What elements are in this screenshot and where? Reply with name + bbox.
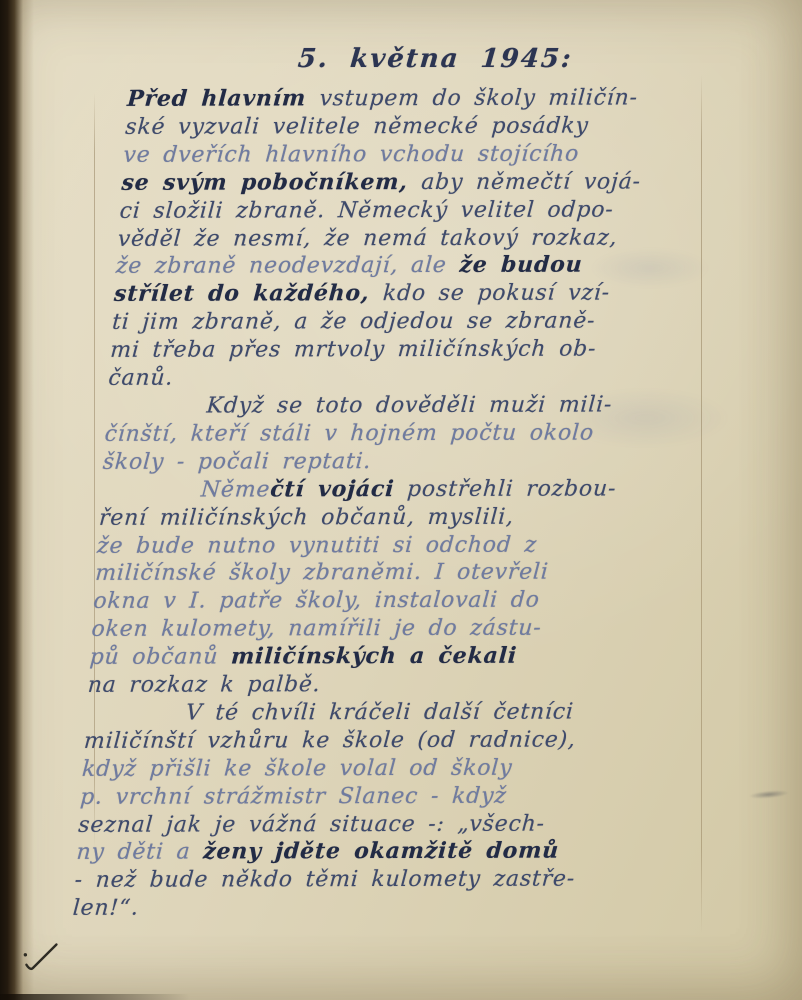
text-segment: věděl že nesmí, že nemá takový rozkaz, bbox=[117, 225, 618, 251]
text-segment: čtí vojáci bbox=[269, 476, 395, 502]
text-line: V té chvíli kráčeli další četníci bbox=[85, 698, 712, 728]
text-segment: okna v I. patře školy, instalovali do bbox=[93, 588, 541, 614]
text-line: miličínské školy zbraněmi. I otevřeli bbox=[94, 559, 721, 589]
text-line: len!“. bbox=[72, 893, 699, 923]
text-line: seznal jak je vážná situace -: „všech- bbox=[77, 810, 704, 840]
check-mark-icon bbox=[20, 938, 66, 982]
page-lines: Před hlavním vstupem do školy miličín-sk… bbox=[72, 84, 753, 923]
text-line: ci složili zbraně. Německý velitel odpo- bbox=[119, 196, 746, 226]
text-line: na rozkaz k palbě. bbox=[87, 670, 714, 700]
text-segment: ve dveřích hlavního vchodu stojícího bbox=[123, 141, 580, 167]
text-segment: ny děti a bbox=[76, 840, 204, 865]
text-segment: čínští, kteří stáli v hojném počtu okolo bbox=[104, 420, 595, 446]
text-line: mi třeba přes mrtvoly miličínských ob- bbox=[109, 335, 736, 365]
text-line: Němečtí vojáci postřehli rozbou- bbox=[100, 475, 727, 505]
text-line: oken kulomety, namířili je do zástu- bbox=[91, 614, 718, 644]
text-line: že zbraně neodevzdají, ale že budou bbox=[115, 252, 742, 282]
pencil-smudge bbox=[750, 789, 788, 799]
date-heading: 5. května 1945: bbox=[297, 44, 574, 74]
text-segment: když přišli ke škole volal od školy bbox=[81, 755, 513, 781]
text-line: že bude nutno vynutiti si odchod z bbox=[96, 531, 723, 561]
scanned-chronicle-page: 5. května 1945: Před hlavním vstupem do … bbox=[0, 0, 802, 1000]
text-line: p. vrchní strážmistr Slanec - když bbox=[79, 782, 706, 812]
text-segment: miličínských a čekali bbox=[230, 643, 518, 670]
text-line: střílet do každého, kdo se pokusí vzí- bbox=[113, 280, 740, 310]
text-segment: len!“. bbox=[72, 896, 140, 921]
text-line: se svým pobočníkem, aby němečtí vojá- bbox=[121, 168, 748, 198]
text-segment: školy - počali reptati. bbox=[102, 449, 372, 475]
text-segment: aby němečtí vojá- bbox=[420, 169, 641, 195]
text-segment: ci složili zbraně. Německý velitel odpo- bbox=[119, 197, 615, 223]
text-line: Před hlavním vstupem do školy miličín- bbox=[126, 84, 753, 114]
text-line: věděl že nesmí, že nemá takový rozkaz, bbox=[117, 224, 744, 254]
text-line: ření miličínských občanů, myslili, bbox=[98, 503, 725, 533]
page-bottom-shadow bbox=[0, 994, 190, 1000]
text-segment: mi třeba přes mrtvoly miličínských ob- bbox=[109, 337, 597, 363]
text-segment: oken kulomety, namířili je do zástu- bbox=[91, 616, 543, 642]
text-segment: Když se toto dověděli muži mili- bbox=[206, 392, 613, 418]
text-segment: čanů. bbox=[108, 366, 174, 391]
text-line: školy - počali reptati. bbox=[102, 447, 729, 477]
text-line: okna v I. patře školy, instalovali do bbox=[92, 586, 719, 616]
text-segment: postřehli rozbou- bbox=[393, 476, 617, 502]
text-segment: kdo se pokusí vzí- bbox=[382, 281, 611, 307]
text-line: ti jim zbraně, a že odjedou se zbraně- bbox=[111, 307, 738, 337]
text-segment: ti jim zbraně, a že odjedou se zbraně- bbox=[111, 309, 596, 335]
text-line: ve dveřích hlavního vchodu stojícího bbox=[122, 140, 749, 170]
text-segment: p. vrchní strážmistr Slanec - když bbox=[79, 783, 507, 809]
text-segment: že budou bbox=[459, 252, 584, 278]
text-segment: na rozkaz k palbě. bbox=[87, 672, 321, 698]
text-segment: ženy jděte okamžitě domů bbox=[202, 838, 560, 865]
text-line: miličínští vzhůru ke škole (od radnice), bbox=[83, 726, 710, 756]
text-segment: V té chvíli kráčeli další četníci bbox=[185, 699, 575, 725]
text-segment: se svým pobočníkem, bbox=[121, 169, 422, 196]
text-segment: ské vyzvali velitele německé posádky bbox=[124, 114, 589, 140]
text-segment: Něme bbox=[200, 477, 271, 502]
text-segment: že zbraně neodevzdají, ale bbox=[115, 253, 460, 279]
text-segment: ření miličínských občanů, myslili, bbox=[98, 504, 515, 530]
text-line: když přišli ke škole volal od školy bbox=[81, 754, 708, 784]
text-segment: - než bude někdo těmi kulomety zastře- bbox=[74, 867, 576, 893]
text-segment: že bude nutno vynutiti si odchod z bbox=[96, 532, 537, 558]
text-segment: miličínští vzhůru ke škole (od radnice), bbox=[83, 727, 576, 753]
text-line: čanů. bbox=[107, 363, 734, 393]
text-line: - než bude někdo těmi kulomety zastře- bbox=[74, 866, 701, 896]
text-line: Když se toto dověděli muži mili- bbox=[106, 391, 733, 421]
text-segment: střílet do každého, bbox=[113, 280, 384, 307]
text-segment: seznal jak je vážná situace -: „všech- bbox=[78, 811, 546, 837]
text-segment: pů občanů bbox=[89, 645, 232, 670]
text-segment: miličínské školy zbraněmi. I otevřeli bbox=[94, 560, 549, 586]
text-line: ské vyzvali velitele německé posádky bbox=[124, 112, 751, 142]
text-line: pů občanů miličínských a čekali bbox=[89, 642, 716, 672]
text-segment: Před hlavním bbox=[126, 85, 320, 112]
text-line: čínští, kteří stáli v hojném počtu okolo bbox=[104, 419, 731, 449]
text-line: ny děti a ženy jděte okamžitě domů bbox=[76, 838, 703, 868]
text-segment: vstupem do školy miličín- bbox=[319, 85, 639, 111]
book-binding-edge bbox=[0, 0, 34, 1000]
